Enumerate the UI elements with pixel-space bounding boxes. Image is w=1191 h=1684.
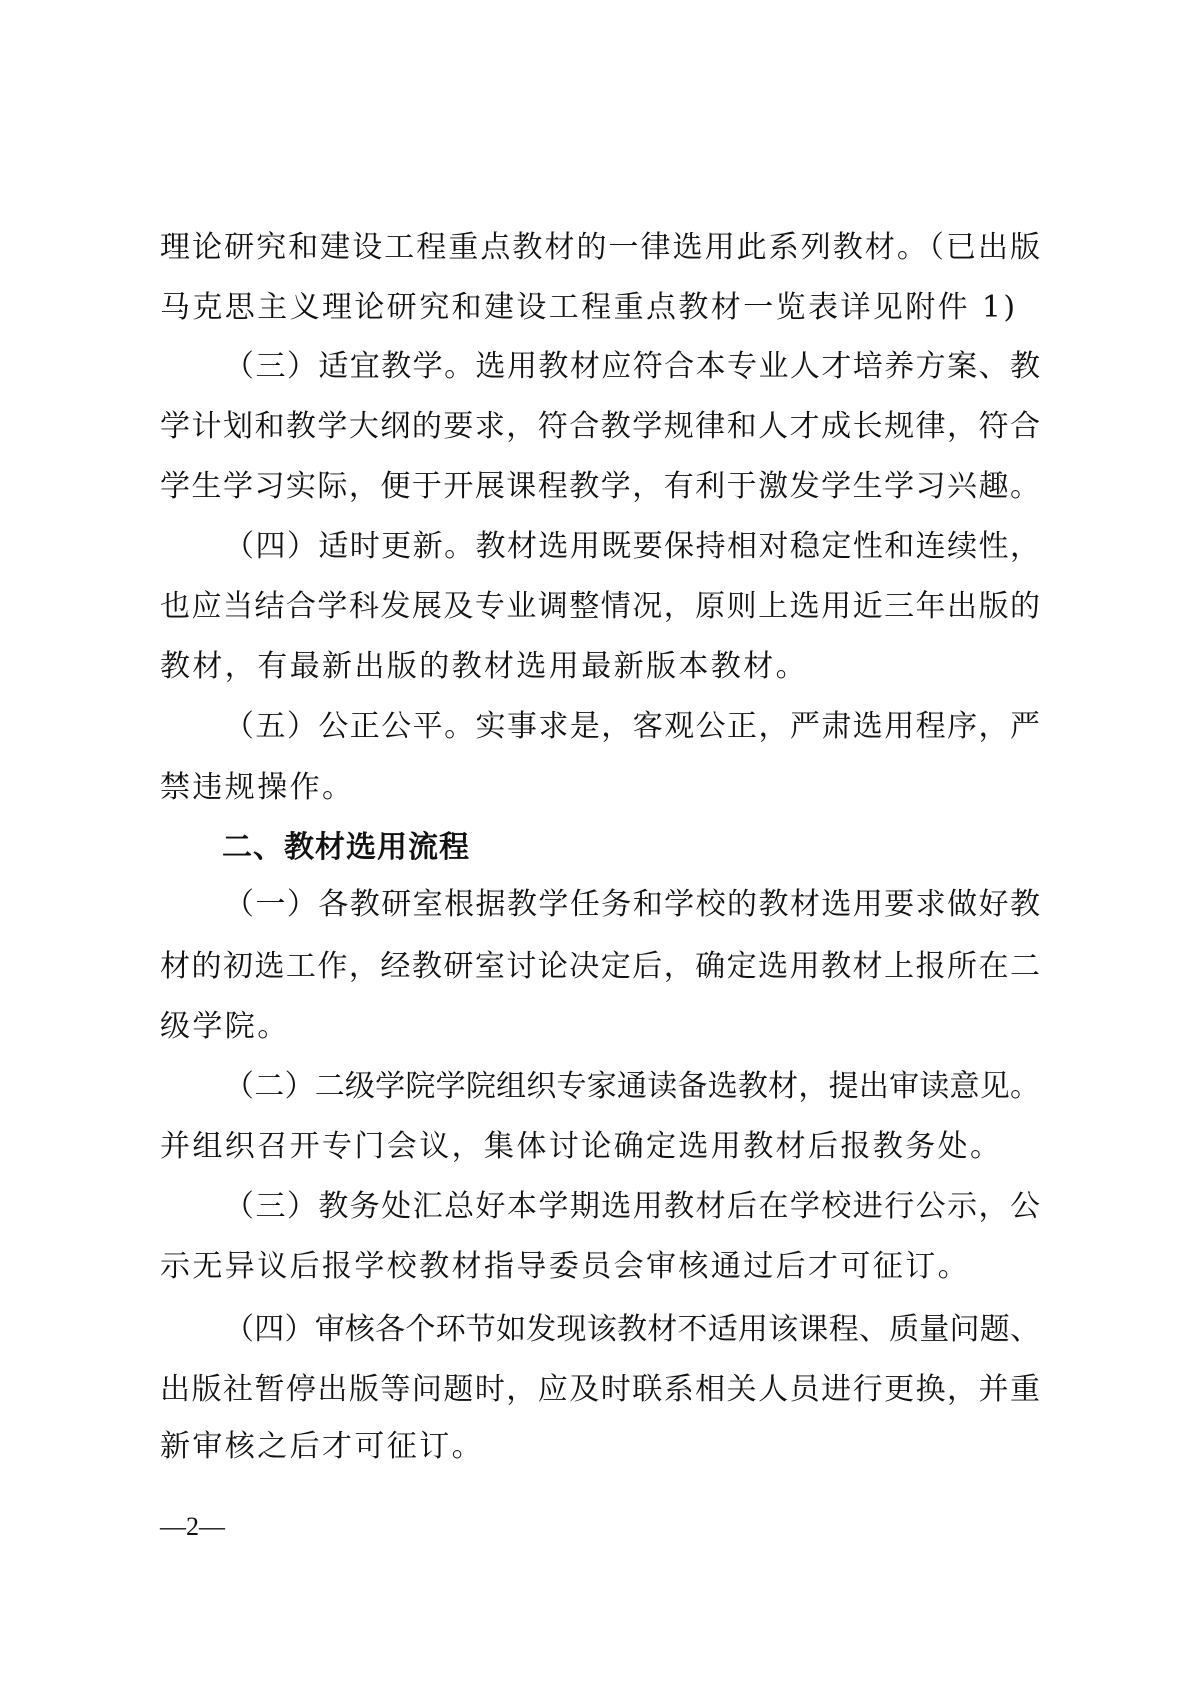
page-number: —2—	[160, 1507, 225, 1547]
paragraph-line: 学生学习实际，便于开展课程教学，有利于激发学生学习兴趣。	[160, 467, 1040, 507]
section-heading: 二、教材选用流程	[222, 826, 470, 870]
paragraph-line: （五）公正公平。实事求是，客观公正，严肃选用程序，严	[224, 707, 1040, 747]
paragraph-line: 级学院。	[160, 1007, 1040, 1047]
paragraph-line: 马克思主义理论研究和建设工程重点教材一览表详见附件 1)	[160, 288, 1040, 328]
paragraph-line: （一）各教研室根据教学任务和学校的教材选用要求做好教	[224, 885, 1040, 925]
paragraph-line: 理论研究和建设工程重点教材的一律选用此系列教材。（已出版	[160, 228, 1040, 268]
paragraph-line: 也应当结合学科发展及专业调整情况，原则上选用近三年出版的	[160, 587, 1040, 627]
paragraph-line: （二）二级学院学院组织专家通读备选教材，提出审读意见。	[224, 1067, 1040, 1107]
paragraph-line: （四）适时更新。教材选用既要保持相对稳定性和连续性，	[224, 527, 1040, 567]
paragraph-line: 教材，有最新出版的教材选用最新版本教材。	[160, 647, 1040, 687]
paragraph-line: 学计划和教学大纲的要求，符合教学规律和人才成长规律，符合	[160, 407, 1040, 447]
paragraph-line: （三）教务处汇总好本学期选用教材后在学校进行公示，公	[224, 1187, 1040, 1227]
paragraph-line: 出版社暂停出版等问题时，应及时联系相关人员进行更换，并重	[160, 1370, 1040, 1410]
paragraph-line: （三）适宜教学。选用教材应符合本专业人才培养方案、教	[224, 347, 1040, 387]
paragraph-line: （四）审核各个环节如发现该教材不适用该课程、质量问题、	[224, 1310, 1040, 1350]
document-page: 理论研究和建设工程重点教材的一律选用此系列教材。（已出版马克思主义理论研究和建设…	[0, 0, 1191, 1684]
paragraph-line: 并组织召开专门会议，集体讨论确定选用教材后报教务处。	[160, 1127, 1040, 1167]
paragraph-line: 新审核之后才可征订。	[160, 1427, 1040, 1467]
paragraph-line: 示无异议后报学校教材指导委员会审核通过后才可征订。	[160, 1247, 1040, 1287]
paragraph-line: 材的初选工作，经教研室讨论决定后，确定选用教材上报所在二	[160, 947, 1040, 987]
paragraph-line: 禁违规操作。	[160, 768, 1040, 808]
